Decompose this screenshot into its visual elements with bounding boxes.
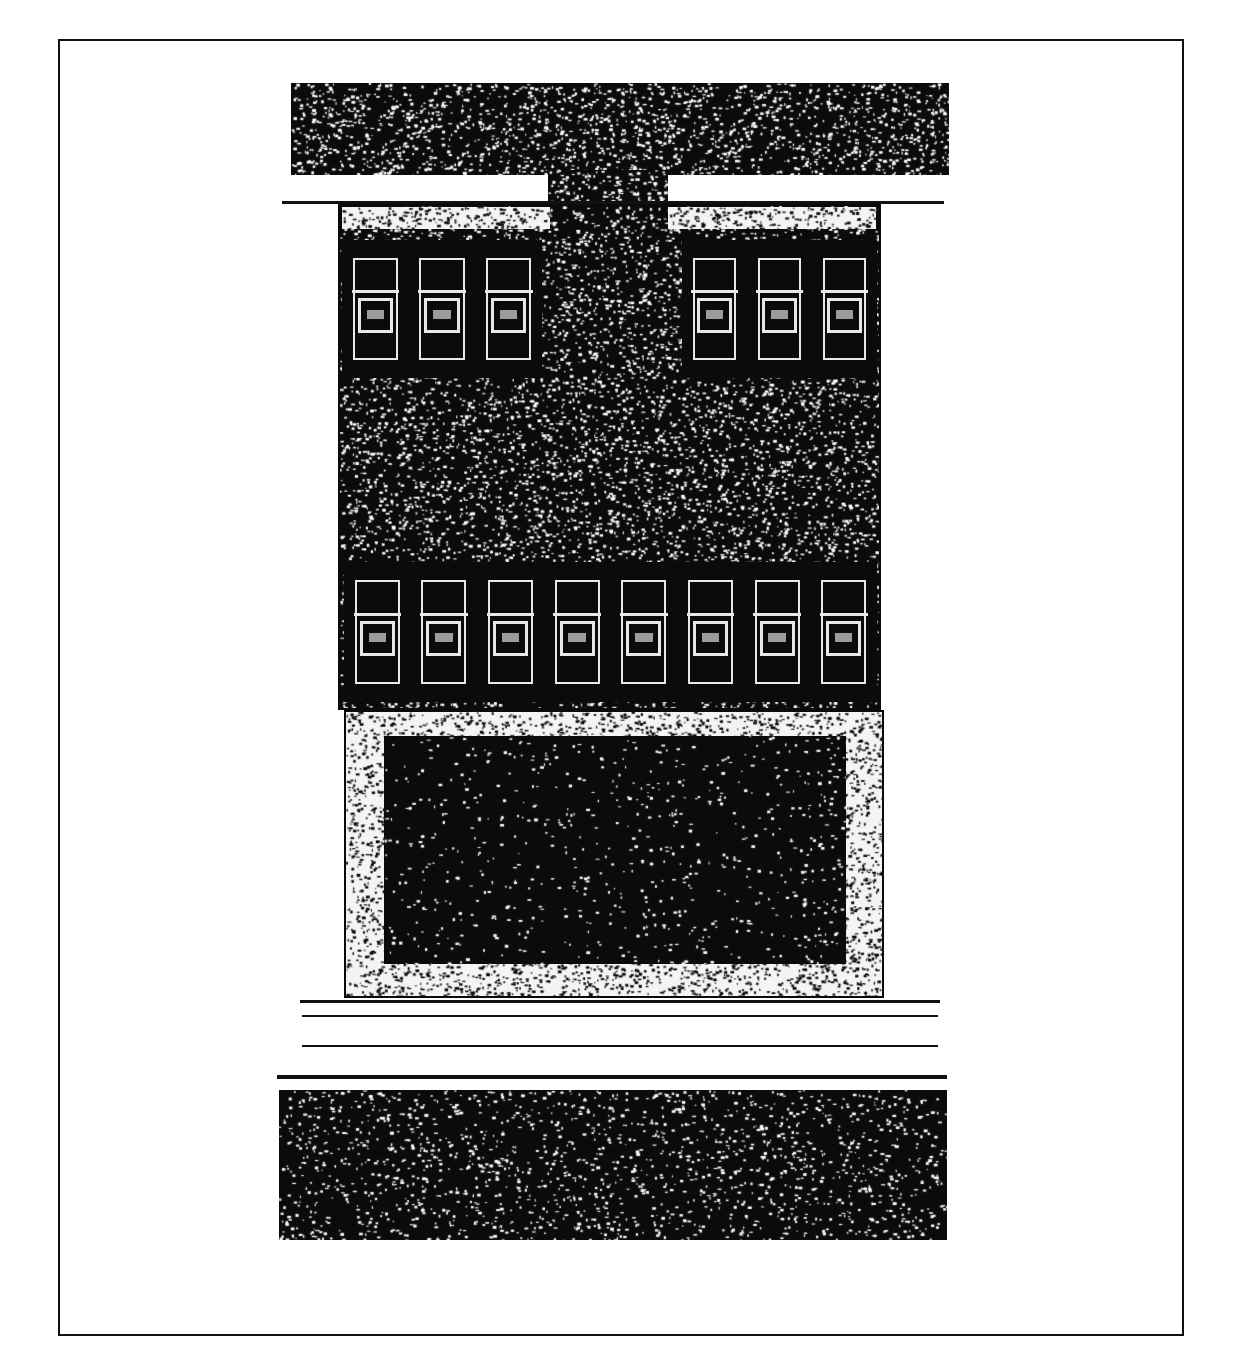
upper-panel-row-right [682, 240, 877, 378]
base-line-1 [300, 1000, 940, 1003]
lower-panel [611, 562, 678, 702]
panel-ledge [756, 290, 802, 293]
panel-ledge [420, 613, 468, 616]
panel-ledge [821, 290, 867, 293]
lower-panel [544, 562, 611, 702]
panel-window [493, 621, 528, 656]
panel-ledge [352, 290, 400, 293]
base-line-4 [277, 1075, 947, 1079]
upper-panel [409, 240, 476, 378]
panel-ledge [691, 290, 737, 293]
panel-ledge [418, 290, 466, 293]
panel-window [626, 621, 661, 656]
panel-window [560, 621, 595, 656]
upper-panel [812, 240, 877, 378]
panel-window [426, 621, 461, 656]
panel-window [491, 298, 526, 333]
upper-panel [342, 240, 409, 378]
panel-ledge [620, 613, 668, 616]
top-cap-beam [291, 83, 949, 175]
panel-window [827, 298, 861, 333]
panel-window [762, 298, 796, 333]
panel-window [360, 621, 395, 656]
bottom-plinth [279, 1090, 947, 1240]
lower-panel-row [344, 562, 877, 702]
upper-panel [747, 240, 812, 378]
panel-window [760, 621, 795, 656]
panel-window [697, 298, 731, 333]
frieze-band-left [342, 207, 550, 229]
cap-stem [548, 170, 668, 202]
panel-ledge [687, 613, 735, 616]
lower-panel [810, 562, 877, 702]
panel-ledge [485, 290, 533, 293]
panel-ledge [753, 613, 801, 616]
lower-panel [477, 562, 544, 702]
panel-ledge [553, 613, 601, 616]
panel-ledge [820, 613, 868, 616]
base-line-2 [302, 1015, 938, 1017]
upper-panel [475, 240, 542, 378]
upper-panel [682, 240, 747, 378]
panel-window [693, 621, 728, 656]
panel-ledge [354, 613, 402, 616]
lower-panel [344, 562, 411, 702]
lower-panel [411, 562, 478, 702]
lower-panel [677, 562, 744, 702]
lower-panel [744, 562, 811, 702]
frieze-band-right [668, 207, 876, 229]
base-line-3 [302, 1045, 938, 1047]
panel-window [358, 298, 393, 333]
inset-dark-panel [384, 736, 846, 964]
panel-window [424, 298, 459, 333]
panel-ledge [487, 613, 535, 616]
panel-window [826, 621, 861, 656]
upper-panel-row-left [342, 240, 542, 378]
